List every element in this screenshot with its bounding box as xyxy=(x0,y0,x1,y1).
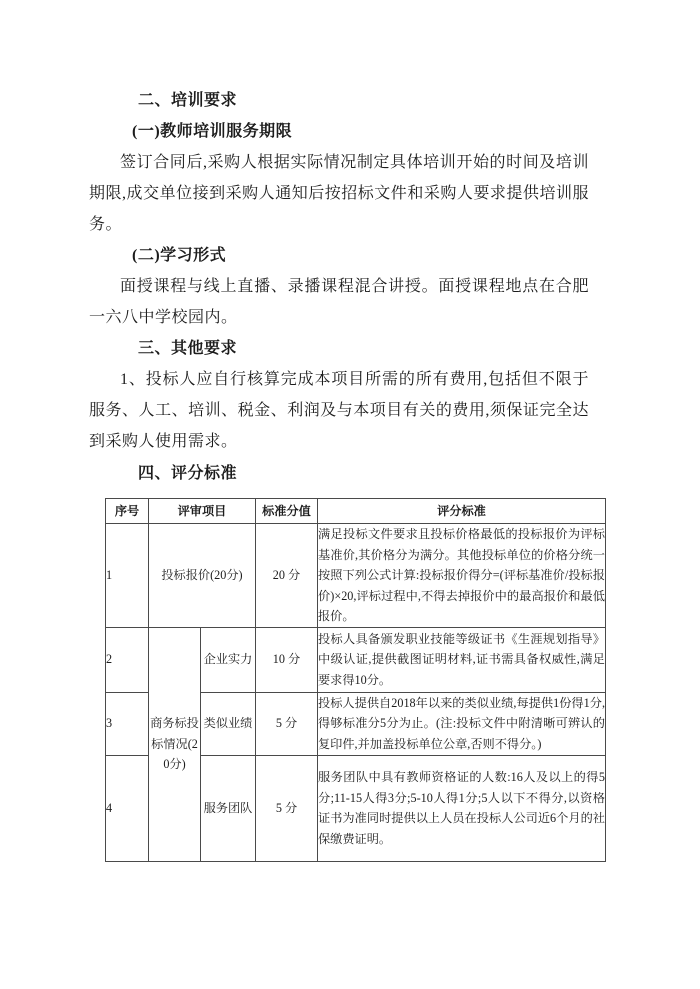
heading-teacher-training-service-period: (一)教师培训服务期限 xyxy=(89,116,589,147)
para-learning-format: 面授课程与线上直播、录播课程混合讲授。面授课程地点在合肥一六八中学校园内。 xyxy=(89,271,589,333)
group-cell: 商务标投标情况(20分) xyxy=(149,627,201,861)
index-cell: 3 xyxy=(106,692,149,755)
header-cell-criteria: 评分标准 xyxy=(318,499,606,524)
index-cell: 1 xyxy=(106,524,149,628)
heading-other-requirements: 三、其他要求 xyxy=(89,333,589,364)
document-page: 二、培训要求 (一)教师培训服务期限 签订合同后,采购人根据实际情况制定具体培训… xyxy=(0,0,700,989)
para-training-service-period: 签订合同后,采购人根据实际情况制定具体培训开始的时间及培训期限,成交单位接到采购… xyxy=(89,147,589,240)
score-cell: 10 分 xyxy=(256,627,318,692)
index-cell: 4 xyxy=(106,755,149,861)
item-cell: 类似业绩 xyxy=(201,692,256,755)
table-header-row: 序号 评审项目 标准分值 评分标准 xyxy=(106,499,606,524)
criteria-cell: 投标人具备颁发职业技能等级证书《生涯规划指导》中级认证,提供截图证明材料,证书需… xyxy=(318,627,606,692)
item-cell: 企业实力 xyxy=(201,627,256,692)
header-cell-index: 序号 xyxy=(106,499,149,524)
criteria-cell: 投标人提供自2018年以来的类似业绩,每提供1份得1分,得够标准分5分为止。(注… xyxy=(318,692,606,755)
header-cell-item: 评审项目 xyxy=(149,499,256,524)
para-other-requirements: 1、投标人应自行核算完成本项目所需的所有费用,包括但不限于服务、人工、培训、税金… xyxy=(89,364,589,457)
document-content: 二、培训要求 (一)教师培训服务期限 签订合同后,采购人根据实际情况制定具体培训… xyxy=(89,85,589,862)
score-cell: 5 分 xyxy=(256,755,318,861)
heading-learning-format: (二)学习形式 xyxy=(89,240,589,271)
table-row: 1 投标报价(20分) 20 分 满足投标文件要求且投标价格最低的投标报价为评标… xyxy=(106,524,606,628)
index-cell: 2 xyxy=(106,627,149,692)
heading-scoring-criteria: 四、评分标准 xyxy=(89,458,589,489)
scoring-table: 序号 评审项目 标准分值 评分标准 1 投标报价(20分) 20 分 满足投标文… xyxy=(105,498,606,862)
header-cell-score: 标准分值 xyxy=(256,499,318,524)
item-cell: 服务团队 xyxy=(201,755,256,861)
criteria-cell: 服务团队中具有教师资格证的人数:16人及以上的得5分;11-15人得3分;5-1… xyxy=(318,755,606,861)
score-cell: 5 分 xyxy=(256,692,318,755)
table-row: 2 商务标投标情况(20分) 企业实力 10 分 投标人具备颁发职业技能等级证书… xyxy=(106,627,606,692)
heading-training-requirements: 二、培训要求 xyxy=(89,85,589,116)
criteria-cell: 满足投标文件要求且投标价格最低的投标报价为评标基准价,其价格分为满分。其他投标单… xyxy=(318,524,606,628)
item-cell: 投标报价(20分) xyxy=(149,524,256,628)
score-cell: 20 分 xyxy=(256,524,318,628)
